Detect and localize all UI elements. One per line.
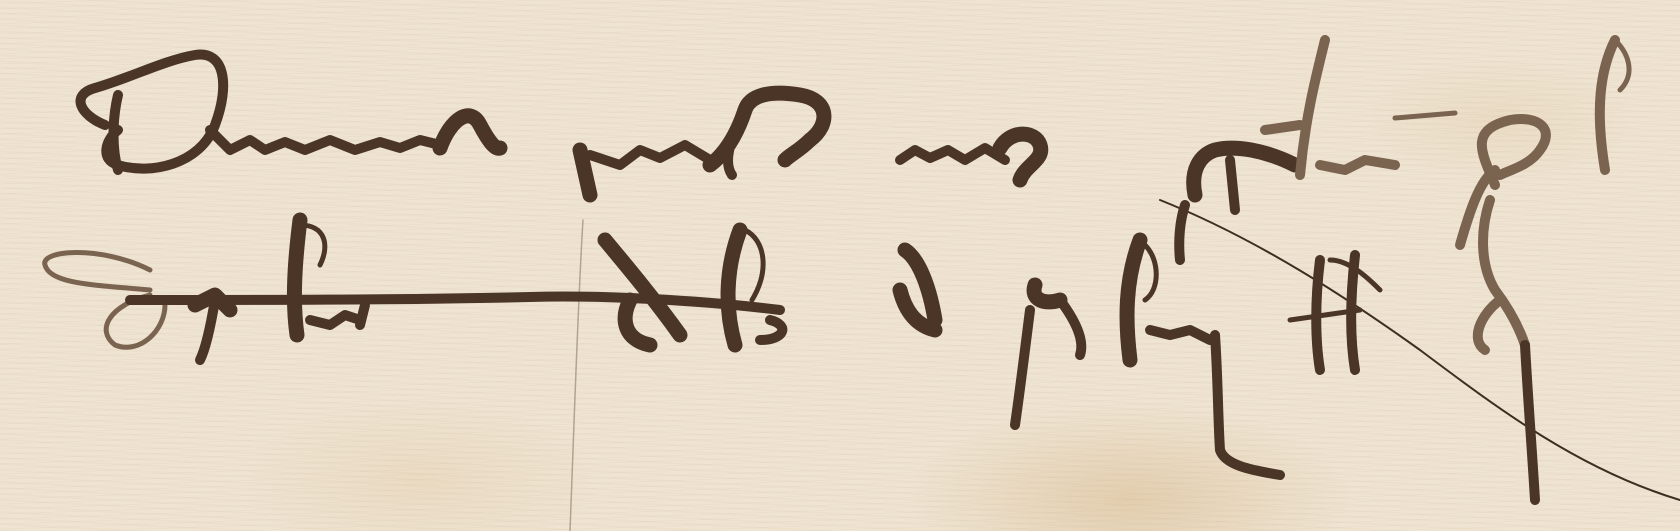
word-1-1: Dumu — [70, 50, 192, 90]
word-1-2: mel — [540, 95, 614, 135]
word-line1-5 — [1265, 40, 1455, 175]
paper-fold — [570, 220, 583, 531]
word-line2-2 — [605, 230, 782, 345]
word-1-5: bu — [1220, 60, 1271, 100]
word-2-4: pshy — [940, 220, 1035, 260]
manuscript-sheet: Dumu mel man q̃ bu pl Dqbr df d pshy tt … — [0, 0, 1680, 531]
word-line1-2 — [580, 93, 824, 195]
word-line2-4 — [1015, 240, 1280, 475]
word-1-3: man — [850, 120, 938, 160]
paper-crease — [1160, 200, 1680, 500]
word-2-5: tt — [1190, 230, 1222, 270]
word-2-1: Dqbr — [40, 215, 142, 255]
word-2-2: df — [570, 215, 610, 255]
word-2-6: g — [1370, 200, 1396, 240]
word-1-6: pl — [1380, 50, 1418, 90]
word-1-4: q̃ — [1110, 130, 1136, 170]
word-line2-3 — [900, 250, 935, 330]
word-line2-6 — [1478, 200, 1535, 500]
word-2-3: d — [840, 230, 866, 270]
